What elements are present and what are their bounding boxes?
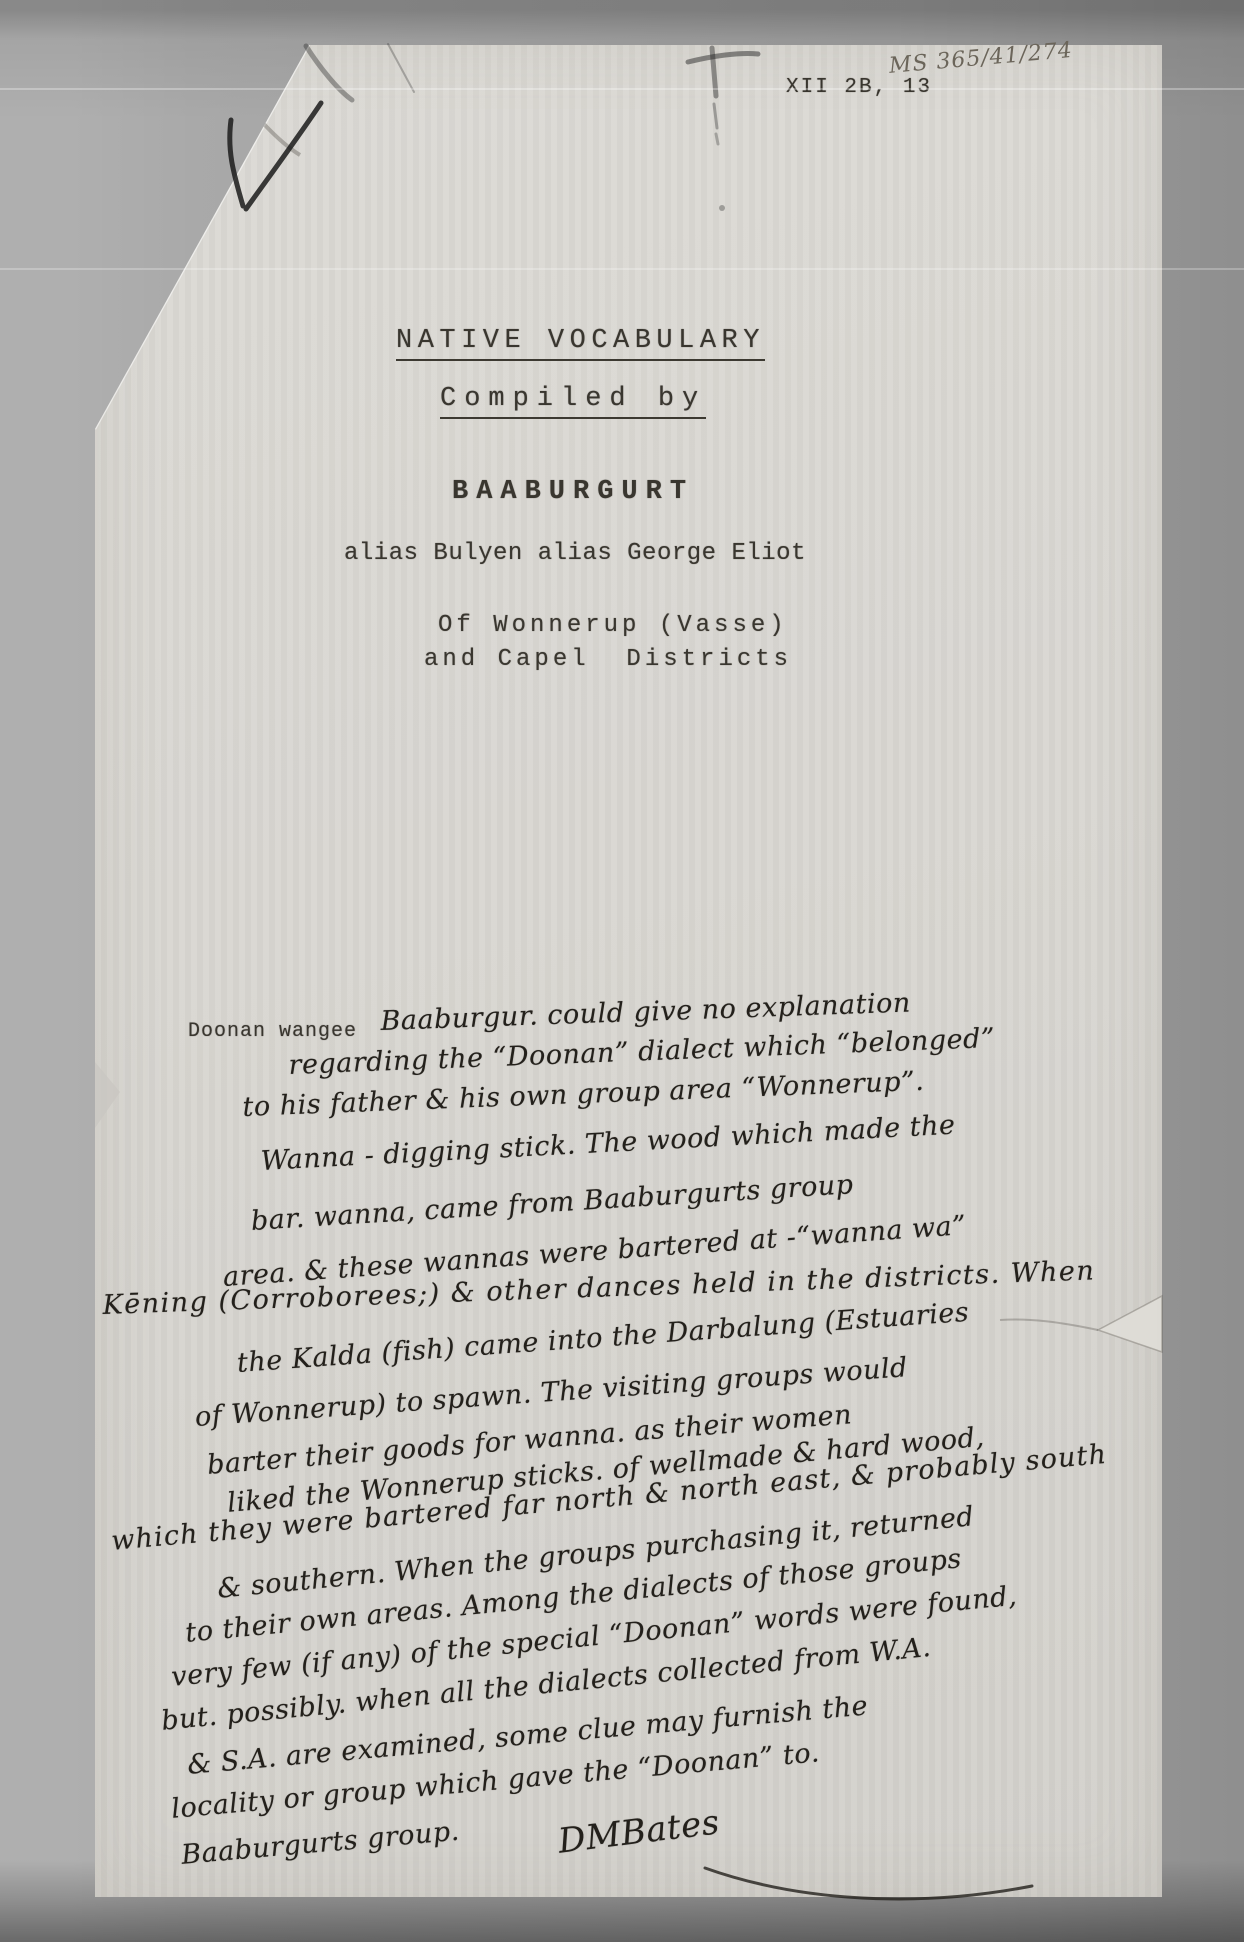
location-line-1: Of Wonnerup (Vasse) — [438, 612, 788, 639]
page-label: XII 2B, 13 — [786, 76, 932, 99]
document-title: NATIVE VOCABULARY — [396, 326, 765, 361]
author-aliases: alias Bulyen alias George Eliot — [344, 540, 806, 567]
location-line-2: and Capel Districts — [424, 646, 792, 673]
entry-term: Doonan wangee — [188, 1020, 357, 1043]
compiled-by-label: Compiled by — [440, 384, 706, 419]
author-name: BAABURGURT — [452, 477, 694, 507]
